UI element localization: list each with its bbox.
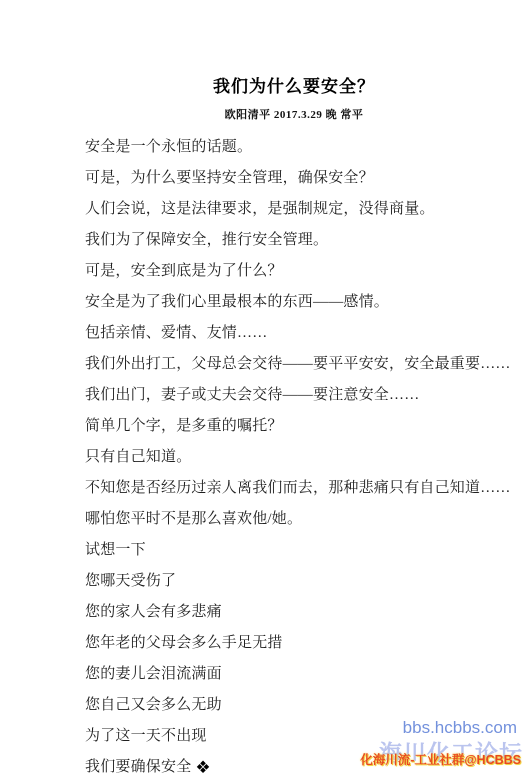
closing-text: 我们要确保安全 [85, 752, 191, 778]
paragraph-line: 人们会说，这是法律要求，是强制规定，没得商量。 [85, 194, 503, 225]
paragraph-line: 可是，安全到底是为了什么？ [85, 256, 503, 287]
paragraph-line: 简单几个字，是多重的嘱托？ [85, 411, 503, 442]
paragraph-line: 包括亲情、爱情、友情…… [85, 318, 503, 349]
document-page: 我们为什么要安全？ 欧阳清平 2017.3.29 晚 常平 安全是一个永恒的话题… [0, 0, 531, 778]
paragraph-line: 您的妻儿会泪流满面 [85, 659, 503, 690]
end-club-icon: ❖ [195, 752, 210, 778]
paragraph-line: 我们为了保障安全，推行安全管理。 [85, 225, 503, 256]
paragraph-line: 您自己又会多么无助 [85, 690, 503, 721]
paragraph-line: 不知您是否经历过亲人离我们而去，那种悲痛只有自己知道…… [85, 473, 503, 504]
paragraph-line: 可是，为什么要坚持安全管理，确保安全？ [85, 163, 503, 194]
paragraph-line: 您的家人会有多悲痛 [85, 597, 503, 628]
paragraph-line: 安全是一个永恒的话题。 [85, 132, 503, 163]
paragraph-line: 哪怕您平时不是那么喜欢他/她。 [85, 504, 503, 535]
paragraph-line: 您年老的父母会多么手足无措 [85, 628, 503, 659]
paragraph-line: 试想一下 [85, 535, 503, 566]
paragraph-line: 您哪天受伤了 [85, 566, 503, 597]
document-body: 我们为什么要安全？ 欧阳清平 2017.3.29 晚 常平 安全是一个永恒的话题… [0, 0, 531, 778]
page-title: 我们为什么要安全？ [85, 72, 503, 97]
paragraph-list: 安全是一个永恒的话题。可是，为什么要坚持安全管理，确保安全？人们会说，这是法律要… [85, 132, 503, 752]
paragraph-line: 安全是为了我们心里最根本的东西——感情。 [85, 287, 503, 318]
closing-line: 我们要确保安全 ❖ [85, 752, 503, 778]
paragraph-line: 我们出门，妻子或丈夫会交待——要注意安全…… [85, 380, 503, 411]
paragraph-line: 为了这一天不出现 [85, 721, 503, 752]
paragraph-line: 我们外出打工，父母总会交待——要平平安安，安全最重要…… [85, 349, 503, 380]
byline: 欧阳清平 2017.3.29 晚 常平 [85, 106, 503, 122]
paragraph-line: 只有自己知道。 [85, 442, 503, 473]
